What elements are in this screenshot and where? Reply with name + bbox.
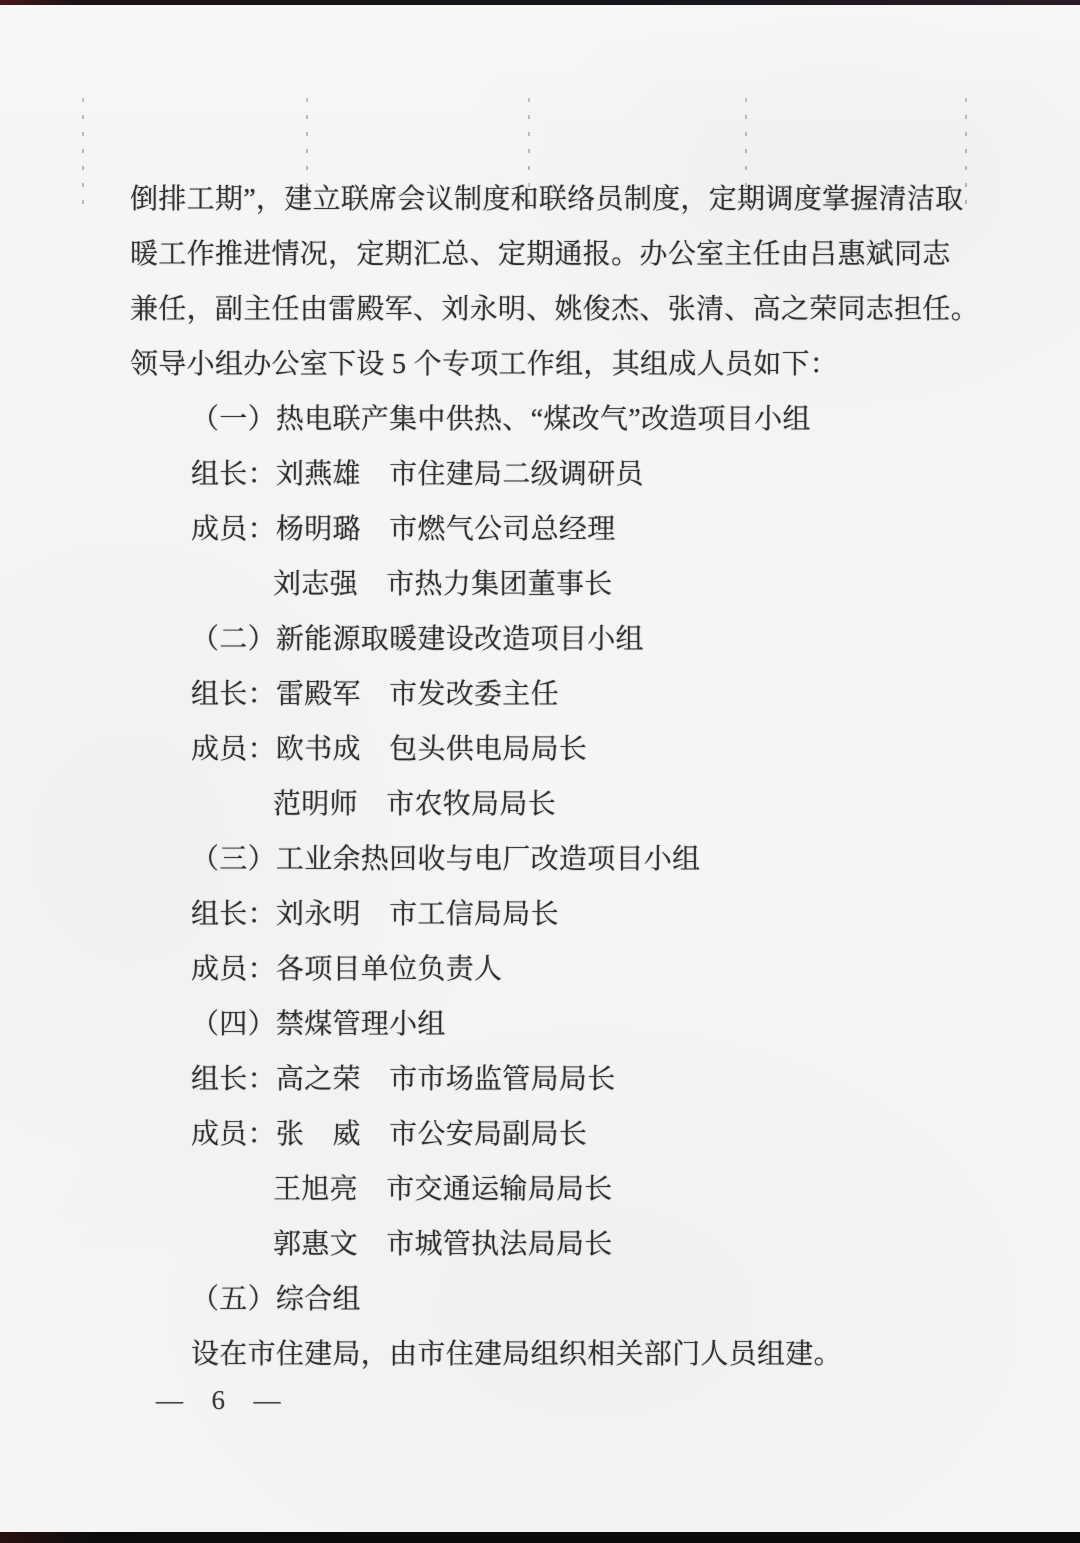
- document-line: 范明师 市农牧局局长: [0, 777, 1080, 832]
- document-line: 成员：各项目单位负责人: [0, 942, 1080, 997]
- document-line: 成员：张 威 市公安局副局长: [0, 1107, 1080, 1162]
- page-number: — 6 —: [156, 1385, 286, 1416]
- document-line: （五）综合组: [0, 1272, 1080, 1327]
- document-line: 刘志强 市热力集团董事长: [0, 557, 1080, 612]
- document-line: 设在市住建局，由市住建局组织相关部门人员组建。: [0, 1327, 1080, 1382]
- document-line: 成员：杨明璐 市燃气公司总经理: [0, 502, 1080, 557]
- document-line: 兼任，副主任由雷殿军、刘永明、姚俊杰、张清、高之荣同志担任。: [0, 282, 1080, 337]
- scanned-document-page: 倒排工期”，建立联席会议制度和联络员制度，定期调度掌握清洁取暖工作推进情况，定期…: [0, 0, 1080, 1543]
- document-line: （二）新能源取暖建设改造项目小组: [0, 612, 1080, 667]
- document-line: 王旭亮 市交通运输局局长: [0, 1162, 1080, 1217]
- document-line: （一）热电联产集中供热、“煤改气”改造项目小组: [0, 392, 1080, 447]
- document-line: 郭惠文 市城管执法局局长: [0, 1217, 1080, 1272]
- document-line: （四）禁煤管理小组: [0, 997, 1080, 1052]
- document-line: 领导小组办公室下设 5 个专项工作组，其组成人员如下：: [0, 337, 1080, 392]
- document-line: 倒排工期”，建立联席会议制度和联络员制度，定期调度掌握清洁取: [0, 172, 1080, 227]
- document-line: 组长：高之荣 市市场监管局局长: [0, 1052, 1080, 1107]
- scan-edge-bar-top: [0, 0, 1080, 5]
- document-line: 组长：刘永明 市工信局局长: [0, 887, 1080, 942]
- document-line: （三）工业余热回收与电厂改造项目小组: [0, 832, 1080, 887]
- document-line: 暖工作推进情况，定期汇总、定期通报。办公室主任由吕惠斌同志: [0, 227, 1080, 282]
- document-line: 组长：刘燕雄 市住建局二级调研员: [0, 447, 1080, 502]
- document-line: 成员：欧书成 包头供电局局长: [0, 722, 1080, 777]
- document-body: 倒排工期”，建立联席会议制度和联络员制度，定期调度掌握清洁取暖工作推进情况，定期…: [0, 172, 1080, 1382]
- document-line: 组长：雷殿军 市发改委主任: [0, 667, 1080, 722]
- scan-edge-bar-bottom: [0, 1532, 1080, 1543]
